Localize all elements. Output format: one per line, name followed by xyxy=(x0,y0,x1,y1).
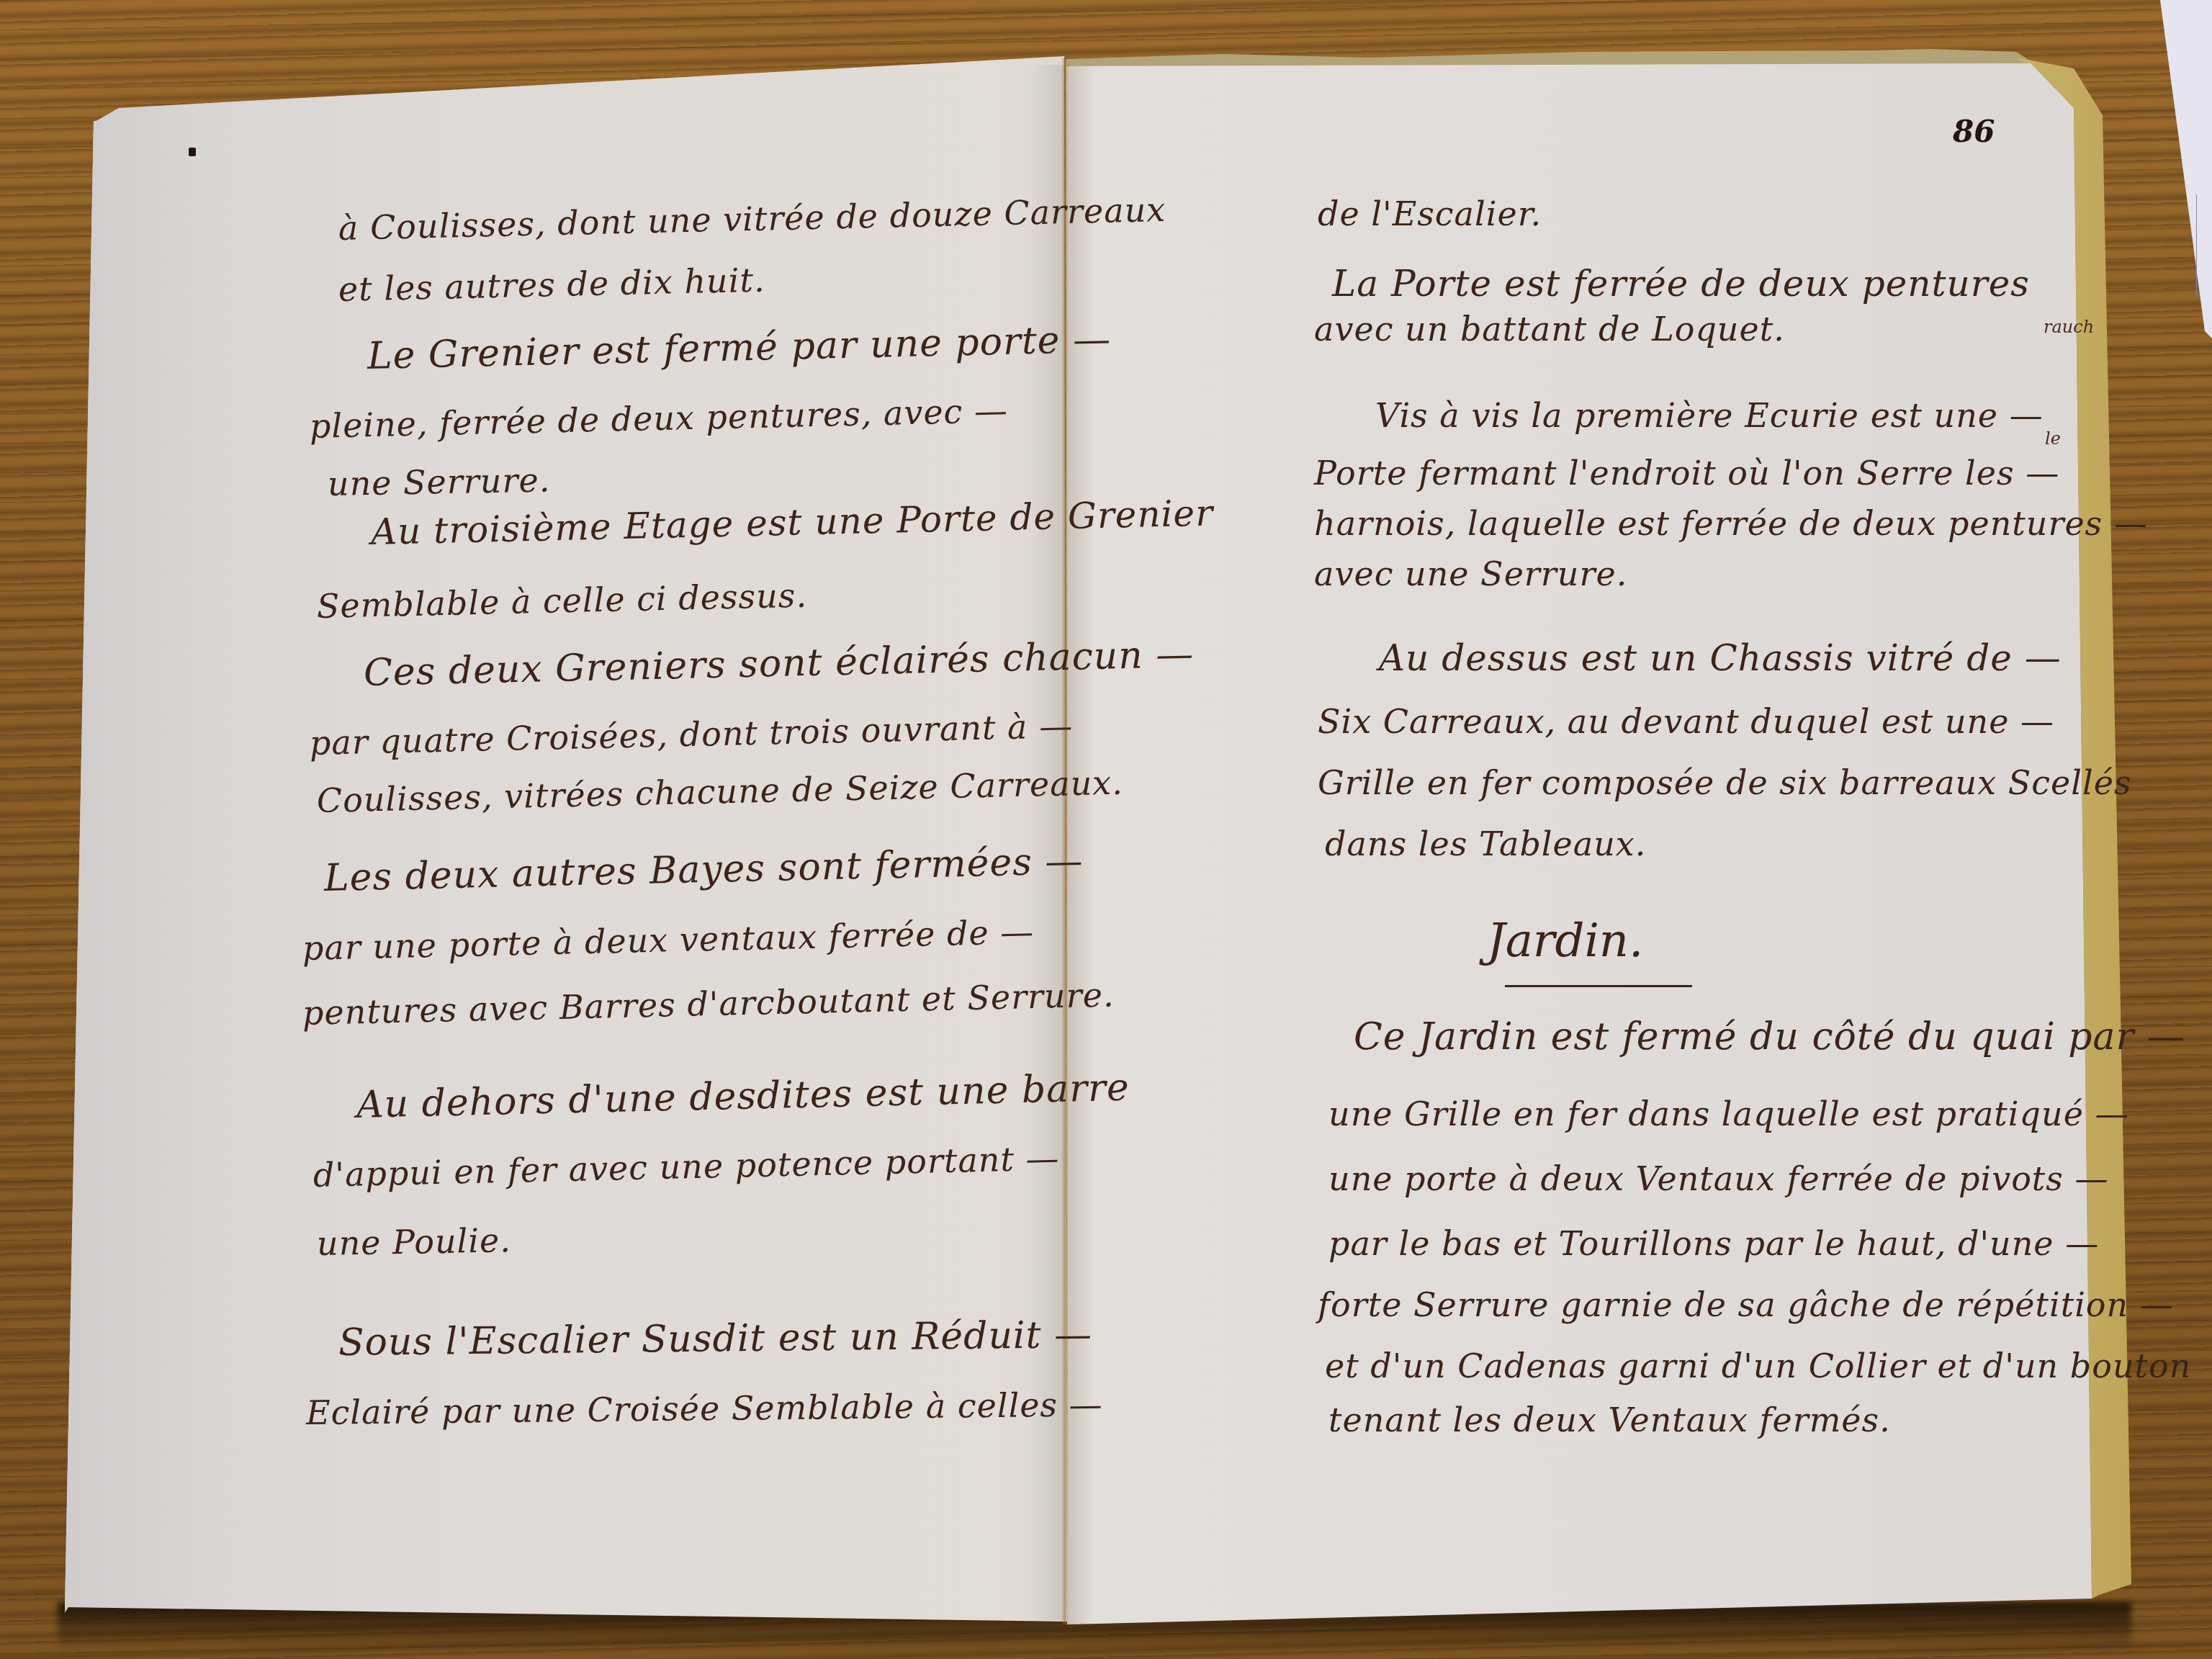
text-line: Six Carreaux, au devant duquel est une — xyxy=(1318,702,2054,741)
text-line: Grille en fer composée de six barreaux S… xyxy=(1318,763,2132,802)
text-line: Ce Jardin est fermé du côté du quai par … xyxy=(1354,1015,2185,1058)
text-line: Sous l'Escalier Susdit est un Réduit — xyxy=(338,1313,1093,1364)
text-line: dans les Tableaux. xyxy=(1325,824,1646,863)
text-line: une porte à deux Ventaux ferrée de pivot… xyxy=(1328,1159,2109,1198)
text-line: Porte fermant l'endroit où l'on Serre le… xyxy=(1314,454,2059,493)
margin-fragment: le xyxy=(2045,428,2061,449)
text-line: harnois, laquelle est ferrée de deux pen… xyxy=(1314,504,2148,543)
loose-sheet-rule xyxy=(2196,194,2197,295)
text-line: une Grille en fer dans laquelle est prat… xyxy=(1328,1094,2128,1133)
text-line: forte Serrure garnie de sa gâche de répé… xyxy=(1318,1285,2174,1324)
text-line: Au dessus est un Chassis vitré de — xyxy=(1379,637,2062,679)
text-line: de l'Escalier. xyxy=(1318,194,1542,233)
text-line: tenant les deux Ventaux fermés. xyxy=(1328,1401,1891,1439)
text-line: une Poulie. xyxy=(317,1220,512,1263)
text-line: avec une Serrure. xyxy=(1314,554,1627,593)
page-number: 86 xyxy=(1953,114,1995,149)
text-line: Vis à vis la première Ecurie est une — xyxy=(1375,396,2044,435)
text-line: avec un battant de Loquet. xyxy=(1314,310,1785,349)
heading-underline xyxy=(1505,985,1692,987)
ink-mark xyxy=(189,148,196,156)
text-line: et d'un Cadenas garni d'un Collier et d'… xyxy=(1325,1346,2191,1385)
text-line: une Serrure. xyxy=(328,461,551,503)
text-line: La Porte est ferrée de deux pentures xyxy=(1332,263,2030,305)
margin-fragment: rauch xyxy=(2044,317,2094,337)
section-heading: Jardin. xyxy=(1487,914,1643,968)
text-line: par le bas et Tourillons par le haut, d'… xyxy=(1328,1224,2099,1263)
